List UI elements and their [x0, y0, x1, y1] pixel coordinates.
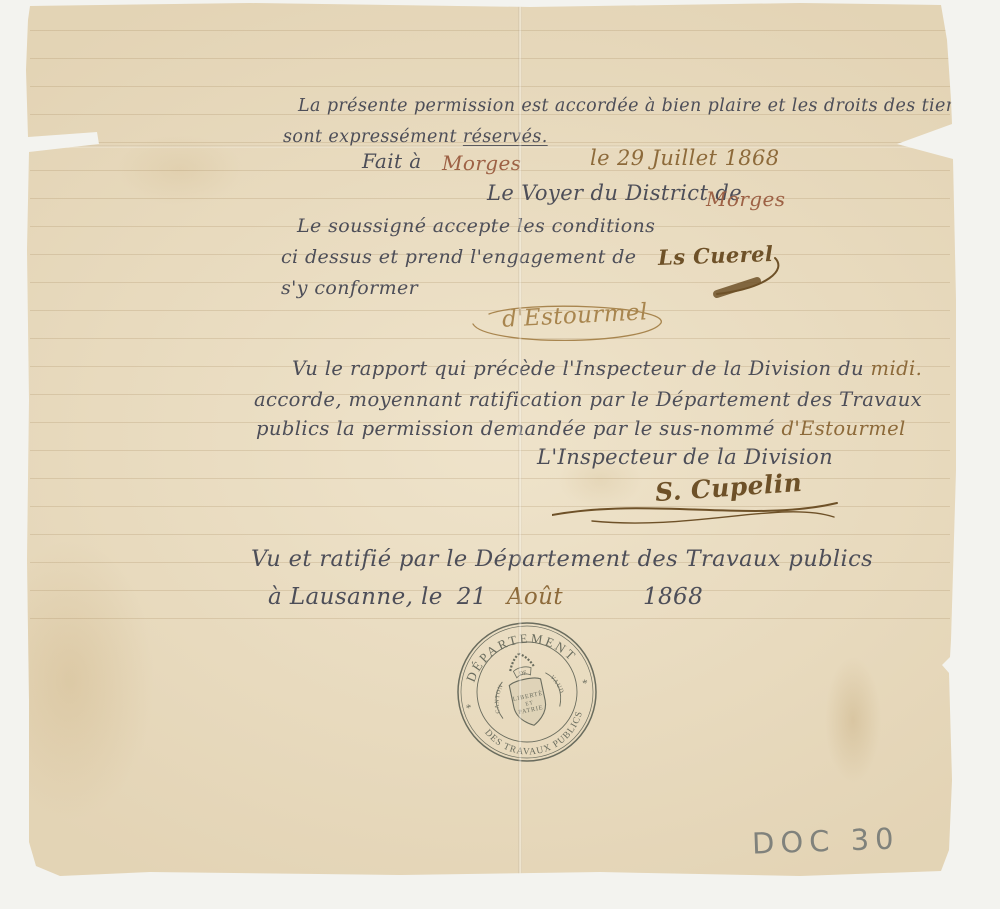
inspector-line1: Vu le rapport qui précède l'Inspecteur d…	[292, 357, 922, 380]
clause-line2: sont expressément réservés.	[283, 127, 548, 147]
inspector-line3-text: publics la permission demandée par le su…	[256, 417, 775, 440]
stamp-laurel-left	[507, 654, 522, 671]
voyer-place: Morges	[706, 187, 785, 211]
scanned-document-page: { "colors": { "paper": "#e9dcc1", "ink":…	[0, 0, 1000, 909]
stamp-banner-top-text: DE	[519, 670, 528, 678]
inspector-line1-text: Vu le rapport qui précède l'Inspecteur d…	[292, 357, 864, 380]
clause-line2-start: sont expressément	[283, 127, 463, 147]
made-at-label: Fait à	[362, 149, 422, 173]
inspector-line3: publics la permission demandée par le su…	[256, 417, 906, 440]
signature-cupelin: S. Cupelin	[654, 468, 803, 507]
clause-line1: La présente permission est accordée à bi…	[298, 96, 964, 116]
stamp-banner-left-text: CANTON	[490, 683, 510, 714]
ratification-year: 1868	[643, 584, 703, 610]
countersignature: Ls Cuerel	[658, 241, 774, 270]
official-seal-stamp: DÉPARTEMENT DES TRAVAUX PUBLICS * * DE C…	[432, 597, 622, 787]
pencil-annotation: DOC 30	[751, 821, 900, 860]
clause-line2-underlined: réservés.	[463, 127, 548, 147]
acceptance-line1: Le soussigné accepte les conditions	[297, 215, 655, 237]
ratification-line1: Vu et ratifié par le Département des Tra…	[251, 546, 873, 572]
stamp-right-ornament-icon: *	[581, 677, 589, 690]
made-at-place: Morges	[442, 151, 521, 175]
stamp-laurel-right	[519, 651, 534, 668]
inspector-title: L'Inspecteur de la Division	[537, 445, 833, 469]
ratification-place: à Lausanne, le	[268, 584, 443, 610]
signature-estourmel: d'Estourmel	[501, 299, 648, 333]
voyer-title: Le Voyer du District de	[487, 181, 742, 205]
acceptance-line3: s'y conformer	[281, 277, 418, 299]
inspector-line2: accorde, moyennant ratification par le D…	[254, 388, 922, 411]
made-at-date: le 29 Juillet 1868	[590, 146, 780, 170]
ratification-line2: à Lausanne, le21Août1868	[268, 584, 703, 610]
svg-text:CANTON: CANTON	[490, 683, 510, 714]
acceptance-line2: ci dessus et prend l'engagement de	[281, 246, 636, 268]
document-paper: La présente permission est accordée à bi…	[0, 0, 1000, 909]
stamp-left-ornament-icon: *	[465, 702, 473, 715]
inspector-line1-insert: midi.	[871, 357, 923, 380]
ratification-day: 21	[457, 584, 487, 610]
inspector-line3-insert: d'Estourmel	[781, 417, 905, 440]
